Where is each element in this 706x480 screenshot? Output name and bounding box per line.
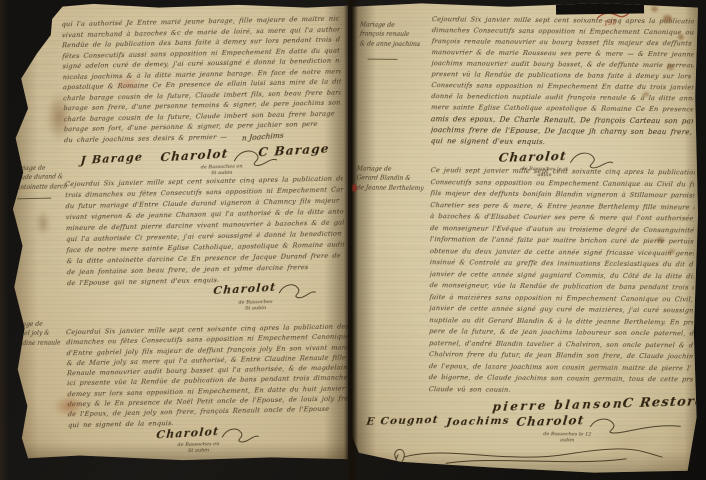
margin-note-line: françois renaule xyxy=(359,30,428,40)
top-edge-dark-notch xyxy=(556,1,644,14)
handwriting-line: qui ne signent d'eux enquis. xyxy=(430,135,693,148)
signature-paraph-flourish xyxy=(220,426,260,443)
document-scan: qui l'a authorisé Je Entre marié jeune b… xyxy=(0,0,706,480)
page-gutter xyxy=(344,0,358,480)
left-page: qui l'a authorisé Je Entre marié jeune b… xyxy=(4,3,348,461)
signature-note-line: St aubin xyxy=(226,306,286,313)
signature: J Barage xyxy=(80,151,144,168)
margin-note-rule xyxy=(368,59,398,60)
ink-bleedthrough xyxy=(4,33,63,274)
signature-note: de Bassoches le 12aubin xyxy=(532,432,602,444)
left-edge-smudge xyxy=(0,0,9,480)
margin-note-line: Claudine renaule xyxy=(8,338,69,349)
margin-note-line: Gerard Blandin & xyxy=(356,174,427,184)
record-paragraph: qui l'a authorisé Je Entre marié jeune b… xyxy=(62,14,343,146)
margin-note: Mariage deGerard Blandin &de Jeanne Bert… xyxy=(356,165,426,194)
signature-paraph-flourish xyxy=(588,417,682,434)
signature: C Restoret xyxy=(622,394,706,411)
signature: C Barage xyxy=(258,141,330,159)
margin-note-line: d'antoinette darcine xyxy=(11,182,68,193)
signature: E Cougnot xyxy=(366,414,440,428)
margin-note: Mariage deClaude durand &d'antoinette da… xyxy=(11,163,68,192)
signature: Charolot xyxy=(160,147,229,165)
margin-note-line: de Jeanne Berthelemy xyxy=(356,183,427,193)
record-paragraph: Cejourdui Six janvier mille sept cent so… xyxy=(431,14,694,148)
signature-paraph-flourish xyxy=(277,282,317,299)
signature-note: de Bassoches enSt aubin xyxy=(168,442,228,455)
record-paragraph: Cejourdui Six janvier mille sept cent so… xyxy=(66,321,350,430)
margin-note: Mariage defrançois renaule& de anne joac… xyxy=(360,21,428,50)
signature: pierre blanson xyxy=(492,397,625,414)
signature: Charolot xyxy=(213,281,277,298)
bottom-flourish xyxy=(386,443,666,469)
right-page: Mariage defrançois renaule& de anne joac… xyxy=(352,2,698,474)
signature: Charolot xyxy=(516,413,586,429)
record-paragraph: Ce jeudi sept janvier mille sept cent so… xyxy=(429,165,695,397)
margin-note-rule xyxy=(17,198,51,200)
signature: Charolot xyxy=(498,149,568,165)
signature: Joachims xyxy=(446,415,511,429)
margin-note-line: & de anne joachims xyxy=(359,39,428,49)
record-paragraph: Cejourdui Six janvier mille sept cent so… xyxy=(65,173,345,289)
margin-note: Mariage degabriel joly &Claudine renaule xyxy=(8,319,69,348)
signature: Charolot xyxy=(156,425,220,442)
signature-note: de BassochesSt aubin xyxy=(225,300,285,313)
